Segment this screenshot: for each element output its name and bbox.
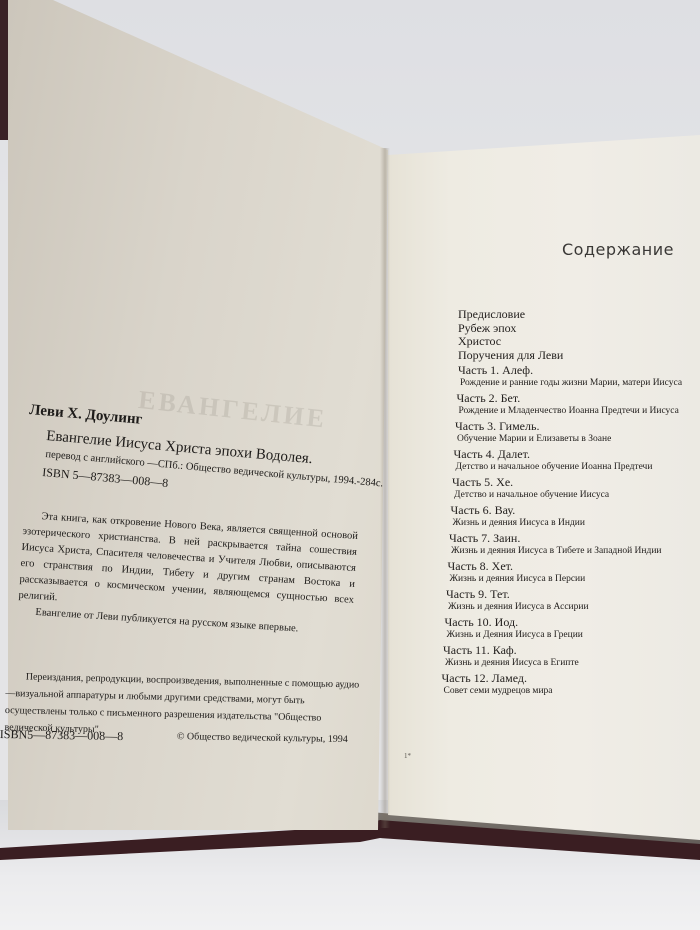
toc-item: Поручения для Леви (458, 349, 698, 363)
toc-part-subtitle: Детство и начальное обучение Иоанна Пред… (454, 461, 699, 474)
toc-part-subtitle: Совет семи мудрецов мира (442, 685, 699, 698)
toc-part-title: Часть 12. Ламед. (442, 672, 699, 685)
toc-part-title: Часть 1. Алеф. (458, 364, 698, 377)
toc-part-subtitle: Жизнь и деяния Иисуса в Египте (443, 657, 698, 670)
table-of-contents: Предисловие Рубеж эпох Христос Поручения… (458, 308, 698, 698)
toc-part-subtitle: Рождение и ранние годы жизни Марии, мате… (458, 377, 698, 390)
toc-heading: Содержание (562, 240, 674, 259)
toc-part-title: Часть 5. Хе. (452, 476, 698, 489)
toc-part-subtitle: Жизнь и деяния Иисуса в Персии (448, 573, 699, 586)
footer-isbn: ISBN5—87383—008—8 (0, 727, 123, 744)
toc-part-title: Часть 3. Гимель. (455, 420, 698, 433)
toc-part-title: Часть 8. Хет. (448, 560, 699, 573)
signature-mark: 1* (404, 752, 411, 760)
toc-parts: Часть 1. Алеф.Рождение и ранние годы жиз… (458, 364, 698, 698)
toc-part-subtitle: Жизнь и деяния Иисуса в Индии (451, 517, 699, 530)
toc-part-title: Часть 9. Тет. (446, 588, 698, 601)
toc-item: Рубеж эпох (458, 322, 698, 336)
toc-part-subtitle: Рождение и Младенчество Иоанна Предтечи … (457, 405, 699, 418)
toc-item: Предисловие (458, 308, 698, 322)
toc-part-title: Часть 11. Каф. (443, 644, 698, 657)
toc-part-subtitle: Детство и начальное обучение Иисуса (452, 489, 698, 502)
toc-part-title: Часть 6. Вау. (451, 504, 699, 517)
toc-part-title: Часть 4. Далет. (454, 448, 699, 461)
toc-item: Христос (458, 335, 698, 349)
toc-part-title: Часть 2. Бет. (457, 392, 699, 405)
toc-part-subtitle: Жизнь и Деяния Иисуса в Греции (445, 629, 699, 642)
abstract: Эта книга, как откровение Нового Века, я… (17, 508, 358, 641)
toc-part-subtitle: Обучение Марии и Елизаветы в Зоане (455, 433, 698, 446)
toc-part-title: Часть 7. Заин. (449, 532, 698, 545)
toc-part-subtitle: Жизнь и деяния Иисуса в Тибете и Западно… (449, 545, 698, 558)
toc-part-title: Часть 10. Иод. (445, 616, 699, 629)
toc-part-subtitle: Жизнь и деяния Иисуса в Ассирии (446, 601, 698, 614)
